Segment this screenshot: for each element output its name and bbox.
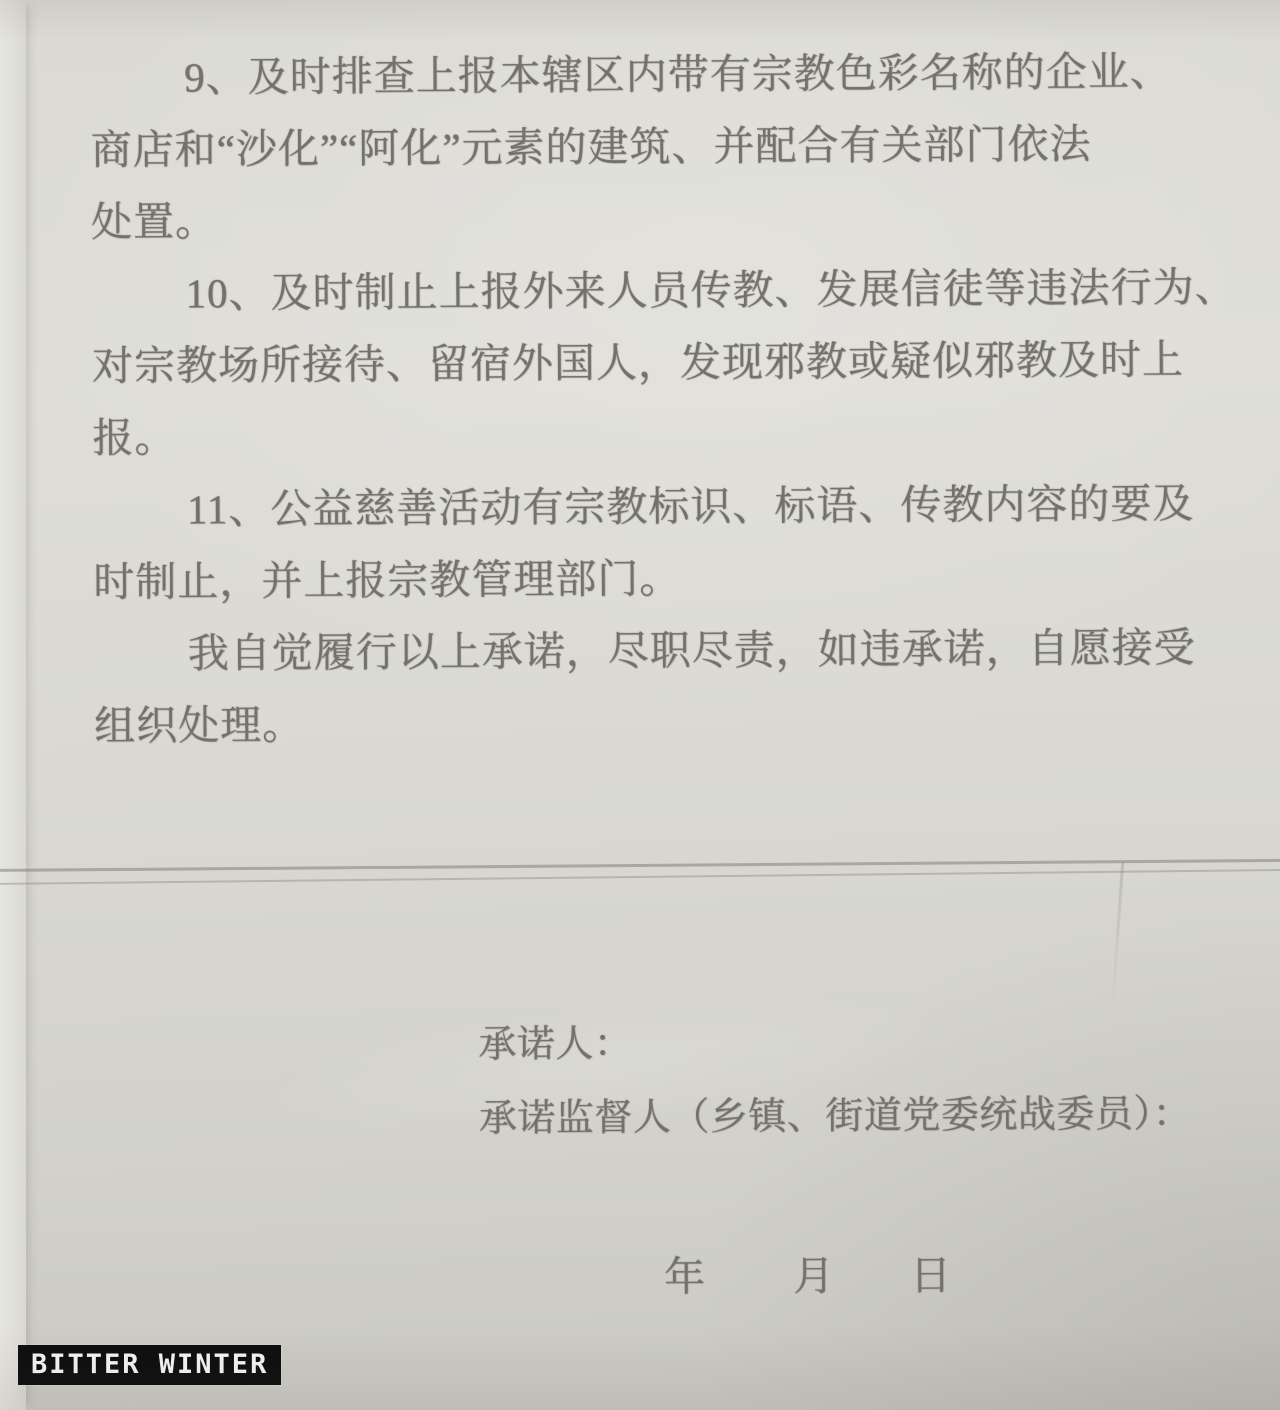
date-line: 年 月 日 [664, 1247, 951, 1305]
document-line: 处置。 [91, 179, 1221, 258]
document-line: 我自觉履行以上承诺，尽职尽责，如违承诺，自愿接受 [94, 611, 1224, 690]
document-line: 报。 [92, 395, 1222, 474]
paper-left-edge [0, 0, 26, 1410]
supervisor-line: 承诺监督人（乡镇、街道党委统战委员）： [479, 1077, 1192, 1156]
document-line: 组织处理。 [94, 683, 1224, 762]
document-line: 商店和“沙化”“阿化”元素的建筑、并配合有关部门依法 [90, 107, 1220, 186]
bitter-winter-watermark: BITTER WINTER [18, 1345, 281, 1385]
document-line: 对宗教场所接待、留宿外国人，发现邪教或疑似邪教及时上 [92, 323, 1222, 402]
promisor-line: 承诺人： [478, 1003, 1191, 1082]
document-body: 9、及时排查上报本辖区内带有宗教色彩名称的企业、 商店和“沙化”“阿化”元素的建… [90, 35, 1224, 762]
paper-crease [1111, 862, 1124, 1012]
document-line: 时制止，并上报宗教管理部门。 [93, 539, 1223, 618]
day-label: 日 [910, 1247, 951, 1303]
document-line: 10、及时制止上报外来人员传教、发展信徒等违法行为、 [91, 251, 1221, 330]
separator-rule-lower [0, 869, 1280, 885]
signature-block: 承诺人： 承诺监督人（乡镇、街道党委统战委员）： [478, 1003, 1192, 1156]
document-line: 9、及时排查上报本辖区内带有宗教色彩名称的企业、 [90, 35, 1220, 114]
month-label: 月 [793, 1248, 834, 1304]
photographed-document: 9、及时排查上报本辖区内带有宗教色彩名称的企业、 商店和“沙化”“阿化”元素的建… [0, 0, 1280, 1410]
separator-rule-upper [0, 859, 1280, 872]
year-label: 年 [664, 1249, 705, 1305]
document-line: 11、公益慈善活动有宗教标识、标语、传教内容的要及 [93, 467, 1223, 546]
